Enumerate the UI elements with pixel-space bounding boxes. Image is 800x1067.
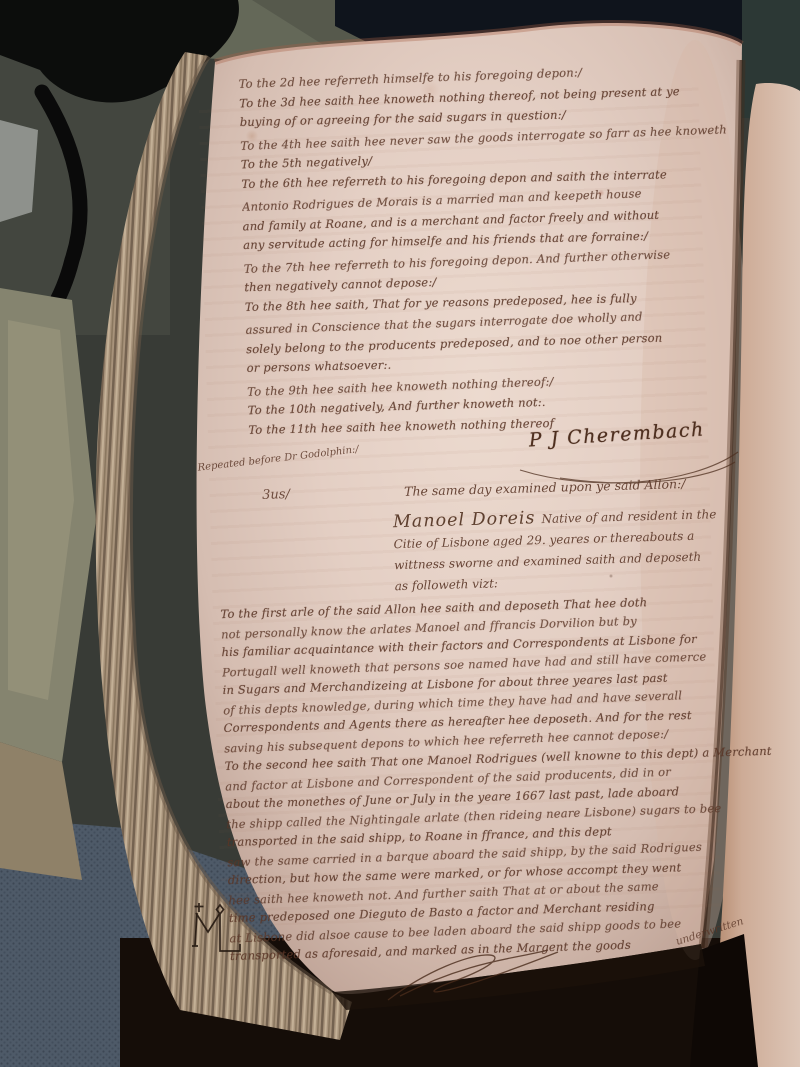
photo-scene <box>0 0 800 1067</box>
floor-highlight <box>0 120 38 222</box>
